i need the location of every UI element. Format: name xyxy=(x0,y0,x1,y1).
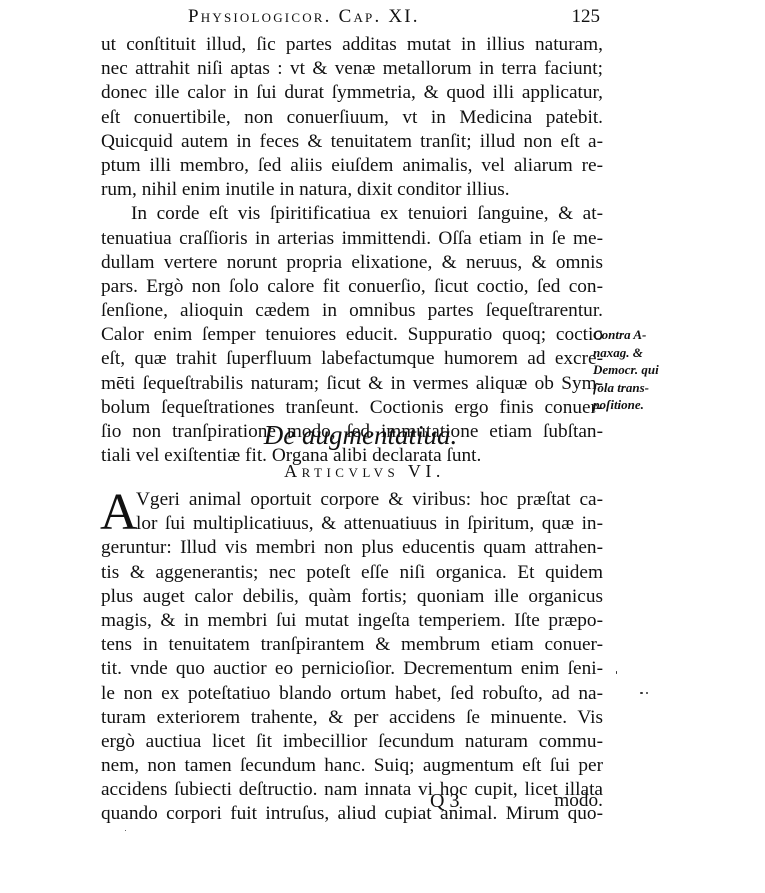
text-line: tit. vnde quo auctior eo pernicioſior. D… xyxy=(101,657,603,681)
text-line: eſt, quæ trahit ſuperfluum labefactumque… xyxy=(101,347,603,371)
article-heading: Articvlvs VI. xyxy=(0,457,765,485)
text-line: donec ille calor in ſui durat ſymmetria,… xyxy=(101,81,603,105)
marginal-note-line: naxag. & xyxy=(593,344,663,362)
scan-speck xyxy=(404,808,406,810)
section-title-text: De augmentatiua. xyxy=(264,420,457,450)
text-line: ut conſtituit illud, ſic partes additas … xyxy=(101,33,603,57)
text-line: le non ex poteſtatiuo blando ortum habet… xyxy=(101,682,603,706)
text-line: lor ſui multiplicatiuus, & attenuatiuus … xyxy=(101,512,603,536)
text-line: eſt conuertibile, non conuerſiuum, vt in… xyxy=(101,106,603,130)
text-line: tenuatiua craſſioris in arterias immitte… xyxy=(101,227,603,251)
marginal-note: Contra A- naxag. & Democr. qui ſola tran… xyxy=(593,326,663,414)
text-line: plus auget calor debilis, quàm fortis; q… xyxy=(101,585,603,609)
marginal-note-line: Democr. qui xyxy=(593,361,663,379)
page-number: 125 xyxy=(572,6,601,28)
text-line: bolum ſequeſtrationes tranſeunt. Coction… xyxy=(101,396,603,420)
text-line: Vgeri animal oportuit corpore & viribus:… xyxy=(101,488,603,512)
text-line: ptum illi membro, ſed aliis eiuſdem anim… xyxy=(101,154,603,178)
body-text: ut conſtituit illud, ſic partes additas … xyxy=(101,33,603,468)
text-line: magis, & in membri ſui mutat ingeſta tem… xyxy=(101,609,603,633)
marginal-note-line: Contra A- xyxy=(593,326,663,344)
text-line: turam exteriorem trahente, & per acciden… xyxy=(101,706,603,730)
running-title: Physiologicor. Cap. XI. xyxy=(188,6,420,28)
text-line: ſenſione, alioquin cædem in omnibus part… xyxy=(101,299,603,323)
text-line: ergò auctiua licet ſit imbecillior ſecun… xyxy=(101,730,603,754)
section-title: De augmentatiua. xyxy=(0,418,765,452)
scan-speck xyxy=(640,692,643,694)
text-line: nec attrahit niſi aptas : vt & venæ meta… xyxy=(101,57,603,81)
text-line: pars. Ergò non ſolo calore fit conuerſio… xyxy=(101,275,603,299)
text-line: In corde eſt vis ſpiritificatiua ex tenu… xyxy=(101,202,603,226)
text-line: Quicquid autem in feces & tenuitatem tra… xyxy=(101,130,603,154)
text-line: rum, nihil enim inutile in natura, dixit… xyxy=(101,178,603,202)
book-page: Physiologicor. Cap. XI. 125 ut conſtitui… xyxy=(0,0,765,893)
text-line: nem, non tamen ſecundum hanc. Suiq; augm… xyxy=(101,754,603,778)
scan-speck xyxy=(646,692,648,694)
drop-cap: A xyxy=(100,491,138,537)
catchword: modo. xyxy=(554,790,603,812)
text-line: dullam vertere norunt propria elixatione… xyxy=(101,251,603,275)
paragraph-1: ut conſtituit illud, ſic partes additas … xyxy=(101,33,603,202)
article-heading-text: Articvlvs VI. xyxy=(284,461,445,481)
running-head: Physiologicor. Cap. XI. 125 xyxy=(100,6,600,32)
text-line: mēti ſequeſtrabilis naturam; ſicut & in … xyxy=(101,372,603,396)
scan-speck xyxy=(125,830,126,831)
text-line: Calor enim ſemper tenuiores educit. Supp… xyxy=(101,323,603,347)
text-line: tens in tenuitatem tranſpirantem & membr… xyxy=(101,633,603,657)
marginal-note-line: ſola trans- xyxy=(593,379,663,397)
marginal-note-line: poſitione. xyxy=(593,396,663,414)
signature-mark: Q 3 xyxy=(430,790,459,813)
catchline: Q 3 modo. xyxy=(101,790,603,816)
text-line: tis & aggenerantis; nec poteſt eſſe niſi… xyxy=(101,561,603,585)
article-body: A Vgeri animal oportuit corpore & viribu… xyxy=(101,488,603,827)
drop-cap-block: A Vgeri animal oportuit corpore & viribu… xyxy=(101,488,603,536)
scan-speck xyxy=(616,671,617,674)
text-line: geruntur: Illud vis membri non plus educ… xyxy=(101,536,603,560)
